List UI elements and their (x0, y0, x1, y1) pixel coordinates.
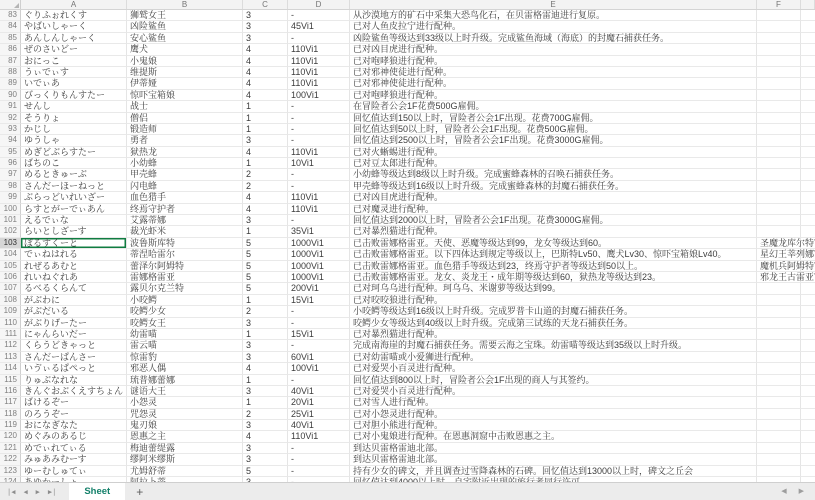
row-header[interactable]: 86 (0, 44, 21, 55)
cell-note[interactable] (757, 431, 801, 442)
cell-value[interactable]: - (288, 466, 350, 477)
row-header[interactable]: 114 (0, 363, 21, 374)
cell-description[interactable]: 小幼蜂等级达到8级以上时升级。完成蜜蜂森林的召唤石捕获任务。 (350, 169, 757, 180)
row-header[interactable]: 115 (0, 375, 21, 386)
cell-value[interactable]: - (288, 340, 350, 351)
cell-value[interactable]: 15Vi1 (288, 295, 350, 306)
cell-name-jp[interactable]: ぜのさいどー (21, 44, 127, 55)
cell-overflow-area[interactable] (801, 340, 815, 351)
cell-description[interactable]: 已击败雷娜格雷亚。龙女、炎龙王・成年期等级达到60，狱热龙等级达到23。 (350, 272, 757, 283)
cell-description[interactable]: 已对幼雷喵或小爱狮进行配种。 (350, 352, 757, 363)
cell-description[interactable]: 回忆值达到150以上时，冒险者公会1F出现。花费700G雇佣。 (350, 113, 757, 124)
cell-name-cn[interactable]: 缪阿米缪斯 (127, 454, 243, 465)
cell-description[interactable]: 已对咆哮狼进行配种。 (350, 90, 757, 101)
last-sheet-icon[interactable]: ▶| (48, 488, 56, 496)
row-header[interactable]: 99 (0, 192, 21, 203)
cell-overflow-area[interactable] (801, 386, 815, 397)
cell-note[interactable] (757, 466, 801, 477)
cell-rank[interactable]: 1 (243, 329, 288, 340)
cell-rank[interactable]: 4 (243, 204, 288, 215)
cell-value[interactable]: - (288, 10, 350, 21)
cell-value[interactable]: 35Vi1 (288, 226, 350, 237)
cell-description[interactable]: 已对凶目虎进行配种。 (350, 44, 757, 55)
cell-value[interactable]: 200Vi1 (288, 283, 350, 294)
row-header[interactable]: 94 (0, 135, 21, 146)
cell-overflow-area[interactable] (801, 78, 815, 89)
cell-name-cn[interactable]: 琉普娜蕾娜 (127, 375, 243, 386)
cell-description[interactable]: 已对咆哮狼进行配种。 (350, 56, 757, 67)
cell-name-cn[interactable]: 谜语大王 (127, 386, 243, 397)
row-header[interactable]: 107 (0, 283, 21, 294)
cell-description[interactable]: 咬鳄少女等级达到40级以上时升级。完成第三试练的天龙石捕获任务。 (350, 318, 757, 329)
cell-description[interactable]: 已对暴烈猫进行配种。 (350, 226, 757, 237)
cell-note[interactable]: 魔机兵阿姆特？ (757, 261, 801, 272)
cell-overflow-area[interactable] (801, 375, 815, 386)
cell-overflow-area[interactable] (801, 272, 815, 283)
cell-note[interactable] (757, 33, 801, 44)
cell-value[interactable]: 25Vi1 (288, 409, 350, 420)
cell-rank[interactable]: 3 (243, 318, 288, 329)
cell-description[interactable]: 已对暴烈猫进行配种。 (350, 329, 757, 340)
cell-overflow-area[interactable] (801, 147, 815, 158)
cell-name-cn[interactable]: 锻造师 (127, 124, 243, 135)
cell-name-jp[interactable]: いでぃあ (21, 78, 127, 89)
cell-rank[interactable]: 4 (243, 192, 288, 203)
cell-note[interactable]: 星幻王莘列娜？ (757, 249, 801, 260)
cell-overflow-area[interactable] (801, 397, 815, 408)
cell-name-jp[interactable]: ゆうしゃ (21, 135, 127, 146)
cell-description[interactable]: 已对豆太郎进行配种。 (350, 158, 757, 169)
cell-rank[interactable]: 4 (243, 147, 288, 158)
row-header[interactable]: 96 (0, 158, 21, 169)
row-header[interactable]: 123 (0, 466, 21, 477)
cell-name-jp[interactable]: らいとしざーす (21, 226, 127, 237)
cell-value[interactable]: - (288, 113, 350, 124)
cell-note[interactable] (757, 397, 801, 408)
cell-rank[interactable]: 3 (243, 340, 288, 351)
row-header[interactable]: 122 (0, 454, 21, 465)
cell-name-jp[interactable]: うぃでぃす (21, 67, 127, 78)
cell-description[interactable]: 持有少女的碑文，并且调查过雪降森林的石碑。回忆值达到13000以上时，碑文之丘会 (350, 466, 757, 477)
cell-description[interactable]: 回忆值达到2500以上时，冒险者公会1F出现。花费3000G雇佣。 (350, 135, 757, 146)
cell-value[interactable]: 110Vi1 (288, 44, 350, 55)
cell-description[interactable]: 已对小鬼娘进行配种。在恩惠洞窟中击败恩惠之主。 (350, 431, 757, 442)
cell-value[interactable]: 110Vi1 (288, 431, 350, 442)
cell-rank[interactable]: 3 (243, 33, 288, 44)
cell-rank[interactable]: 5 (243, 249, 288, 260)
cell-name-cn[interactable]: 蒂涅哈雷尔 (127, 249, 243, 260)
cell-description[interactable]: 从沙漠地方的矿石中采集大恐鸟化石，在贝雷格雷迪进行复原。 (350, 10, 757, 21)
row-header[interactable]: 97 (0, 169, 21, 180)
cell-name-jp[interactable]: みゅあみむーす (21, 454, 127, 465)
cell-rank[interactable]: 2 (243, 181, 288, 192)
cell-note[interactable] (757, 420, 801, 431)
cell-name-jp[interactable]: ばちのこ (21, 158, 127, 169)
row-header[interactable]: 109 (0, 306, 21, 317)
row-header[interactable]: 110 (0, 318, 21, 329)
cell-description[interactable]: 已对爱哭小百灵进行配种。 (350, 363, 757, 374)
cell-rank[interactable]: 3 (243, 443, 288, 454)
row-header[interactable]: 88 (0, 67, 21, 78)
cell-name-cn[interactable]: 咬鳄女王 (127, 318, 243, 329)
cell-note[interactable] (757, 352, 801, 363)
cell-description[interactable]: 回忆值达到800以上时，冒险者公会1F出现的商人与其签约。 (350, 375, 757, 386)
cell-name-cn[interactable]: 惊雷豹 (127, 352, 243, 363)
cell-name-jp[interactable]: がぶだいる (21, 306, 127, 317)
cell-description[interactable]: 已对魔灵进行配种。 (350, 204, 757, 215)
cell-note[interactable] (757, 10, 801, 21)
cell-value[interactable]: - (288, 318, 350, 329)
cell-value[interactable]: 10Vi1 (288, 158, 350, 169)
cell-description[interactable]: 已对珂乌乌进行配种。珂乌乌、米谢萝等级达到99。 (350, 283, 757, 294)
cell-overflow-area[interactable] (801, 295, 815, 306)
cell-rank[interactable]: 2 (243, 306, 288, 317)
cell-value[interactable]: - (288, 306, 350, 317)
cell-overflow-area[interactable] (801, 135, 815, 146)
cell-name-cn[interactable]: 咬鳄少女 (127, 306, 243, 317)
cell-rank[interactable]: 5 (243, 272, 288, 283)
cell-rank[interactable]: 5 (243, 466, 288, 477)
cell-note[interactable] (757, 386, 801, 397)
cell-name-jp[interactable]: えるでぃな (21, 215, 127, 226)
cell-value[interactable]: 1000Vi1 (288, 249, 350, 260)
row-header[interactable]: 103 (0, 238, 21, 249)
cell-name-cn[interactable]: 狱热龙 (127, 147, 243, 158)
cell-value[interactable]: 40Vi1 (288, 420, 350, 431)
cell-name-cn[interactable]: 露贝尔克兰特 (127, 283, 243, 294)
cell-name-jp[interactable]: ばけるぞー (21, 397, 127, 408)
row-header[interactable]: 111 (0, 329, 21, 340)
cell-name-jp[interactable]: びっくりもんすたー (21, 90, 127, 101)
cell-note[interactable]: 邪龙王古雷亚？ (757, 272, 801, 283)
cell-rank[interactable]: 5 (243, 238, 288, 249)
cell-rank[interactable]: 1 (243, 158, 288, 169)
row-header[interactable]: 121 (0, 443, 21, 454)
cell-description[interactable]: 小咬鳄等级达到16级以上时升级。完成罗普卡山道的封魔石捕获任务。 (350, 306, 757, 317)
cell-name-cn[interactable]: 狮鹫女王 (127, 10, 243, 21)
cell-value[interactable]: 15Vi1 (288, 329, 350, 340)
row-header[interactable]: 113 (0, 352, 21, 363)
row-header[interactable]: 120 (0, 431, 21, 442)
cell-description[interactable]: 已击败雷娜格雷亚。天使、恶魔等级达到99，龙女等级达到60。 (350, 238, 757, 249)
cell-rank[interactable]: 4 (243, 90, 288, 101)
cell-name-jp[interactable]: せんし (21, 101, 127, 112)
cell-name-cn[interactable]: 安心鲨鱼 (127, 33, 243, 44)
cell-name-jp[interactable]: そうりょ (21, 113, 127, 124)
cell-overflow-area[interactable] (801, 261, 815, 272)
cell-value[interactable]: 110Vi1 (288, 67, 350, 78)
cell-rank[interactable]: 4 (243, 78, 288, 89)
cell-description[interactable]: 回忆值达到50以上时，冒险者公会1F出现。花费500G雇佣。 (350, 124, 757, 135)
cell-description[interactable]: 已对小怨灵进行配种。 (350, 409, 757, 420)
cell-value[interactable]: 1000Vi1 (288, 238, 350, 249)
cell-name-cn[interactable]: 裁光虾米 (127, 226, 243, 237)
cell-name-cn[interactable]: 艾露蒂娜 (127, 215, 243, 226)
cell-name-jp[interactable]: かじし (21, 124, 127, 135)
cell-rank[interactable]: 1 (243, 295, 288, 306)
cell-overflow-area[interactable] (801, 158, 815, 169)
cell-name-cn[interactable]: 僧侣 (127, 113, 243, 124)
cell-rank[interactable]: 3 (243, 215, 288, 226)
cell-overflow-area[interactable] (801, 329, 815, 340)
cell-name-cn[interactable]: 勇者 (127, 135, 243, 146)
cell-note[interactable] (757, 124, 801, 135)
row-header[interactable]: 89 (0, 78, 21, 89)
cell-rank[interactable]: 4 (243, 67, 288, 78)
cell-name-cn[interactable]: 鹰犬 (127, 44, 243, 55)
cell-overflow-area[interactable] (801, 21, 815, 32)
cell-value[interactable]: - (288, 181, 350, 192)
cell-note[interactable]: 圣魔龙库尔特？ (757, 238, 801, 249)
cell-name-jp[interactable]: おになぎなた (21, 420, 127, 431)
cell-name-jp[interactable]: るべるくらんて (21, 283, 127, 294)
row-header[interactable]: 93 (0, 124, 21, 135)
row-header[interactable]: 100 (0, 204, 21, 215)
cell-overflow-area[interactable] (801, 44, 815, 55)
cell-description[interactable]: 已对人鱼皮拉宁进行配种。 (350, 21, 757, 32)
cell-value[interactable]: - (288, 215, 350, 226)
cell-name-cn[interactable]: 蕾泽尔阿姆特 (127, 261, 243, 272)
cell-rank[interactable]: 1 (243, 375, 288, 386)
cell-note[interactable] (757, 158, 801, 169)
cell-overflow-area[interactable] (801, 226, 815, 237)
cell-description[interactable]: 到达贝雷格雷迪北部。 (350, 454, 757, 465)
cell-rank[interactable]: 1 (243, 226, 288, 237)
row-header[interactable]: 102 (0, 226, 21, 237)
cell-name-cn[interactable]: 雷娜格雷亚 (127, 272, 243, 283)
cell-name-jp[interactable]: ぐりふぉれくす (21, 10, 127, 21)
cell-name-jp[interactable]: れいねぐれあ (21, 272, 127, 283)
cell-value[interactable]: 100Vi1 (288, 363, 350, 374)
next-sheet-icon[interactable]: ▶ (36, 488, 40, 496)
cell-name-cn[interactable]: 闪电蜂 (127, 181, 243, 192)
cell-description[interactable]: 凶险鲨鱼等级达到33级以上时升级。完成鲨鱼海域（海底）的封魔石捕获任务。 (350, 33, 757, 44)
cell-description[interactable]: 已对邪神使徒进行配种。 (350, 67, 757, 78)
cell-rank[interactable]: 1 (243, 101, 288, 112)
tab-sheet[interactable]: Sheet (69, 483, 125, 500)
cell-description[interactable]: 已对雪人进行配种。 (350, 397, 757, 408)
cell-overflow-area[interactable] (801, 466, 815, 477)
cell-overflow-area[interactable] (801, 249, 815, 260)
cell-name-jp[interactable]: のろうぞー (21, 409, 127, 420)
cell-note[interactable] (757, 21, 801, 32)
row-header[interactable]: 101 (0, 215, 21, 226)
cell-value[interactable]: 1000Vi1 (288, 261, 350, 272)
cell-rank[interactable]: 3 (243, 21, 288, 32)
cell-value[interactable]: - (288, 443, 350, 454)
cell-value[interactable]: 1000Vi1 (288, 272, 350, 283)
cell-note[interactable] (757, 192, 801, 203)
cell-name-jp[interactable]: らすとがーでぃあん (21, 204, 127, 215)
row-header[interactable]: 83 (0, 10, 21, 21)
row-header[interactable]: 95 (0, 147, 21, 158)
row-header[interactable]: 85 (0, 33, 21, 44)
column-header-partial[interactable] (801, 0, 815, 9)
cell-value[interactable]: 100Vi1 (288, 90, 350, 101)
cell-name-jp[interactable]: きんぐおぶくえすちょん (21, 386, 127, 397)
cell-rank[interactable]: 5 (243, 283, 288, 294)
cell-description[interactable]: 已对咬咬狼进行配种。 (350, 295, 757, 306)
cell-description[interactable]: 甲壳蜂等级达到16级以上时升级。完成蜜蜂森林的封魔石捕获任务。 (350, 181, 757, 192)
cell-note[interactable] (757, 409, 801, 420)
cell-value[interactable]: - (288, 101, 350, 112)
cell-overflow-area[interactable] (801, 283, 815, 294)
cell-name-cn[interactable]: 小幼蜂 (127, 158, 243, 169)
row-header[interactable]: 90 (0, 90, 21, 101)
cell-value[interactable]: 110Vi1 (288, 78, 350, 89)
cell-note[interactable] (757, 67, 801, 78)
cell-rank[interactable]: 4 (243, 363, 288, 374)
cell-value[interactable]: 60Vi1 (288, 352, 350, 363)
row-header[interactable]: 118 (0, 409, 21, 420)
cell-note[interactable] (757, 443, 801, 454)
cell-value[interactable]: - (288, 454, 350, 465)
cell-overflow-area[interactable] (801, 33, 815, 44)
cell-rank[interactable]: 5 (243, 261, 288, 272)
cell-overflow-area[interactable] (801, 56, 815, 67)
cell-name-cn[interactable]: 小咬鳄 (127, 295, 243, 306)
cell-note[interactable] (757, 204, 801, 215)
column-header-f[interactable]: F (757, 0, 801, 9)
cell-name-cn[interactable]: 甲壳蜂 (127, 169, 243, 180)
row-header[interactable]: 105 (0, 261, 21, 272)
row-header[interactable]: 108 (0, 295, 21, 306)
cell-rank[interactable]: 2 (243, 409, 288, 420)
cell-rank[interactable]: 3 (243, 420, 288, 431)
cell-description[interactable]: 已对邪神使徒进行配种。 (350, 78, 757, 89)
cell-name-jp[interactable]: おにっこ (21, 56, 127, 67)
cell-rank[interactable]: 3 (243, 10, 288, 21)
cell-description[interactable]: 已对凶目虎进行配种。 (350, 192, 757, 203)
cell-name-cn[interactable]: 血色猎手 (127, 192, 243, 203)
cell-overflow-area[interactable] (801, 67, 815, 78)
cell-name-jp[interactable]: ぽるすくーと (21, 238, 127, 249)
cell-value[interactable]: - (288, 124, 350, 135)
row-header[interactable]: 106 (0, 272, 21, 283)
row-header[interactable]: 117 (0, 397, 21, 408)
cell-overflow-area[interactable] (801, 454, 815, 465)
cell-overflow-area[interactable] (801, 363, 815, 374)
cell-name-cn[interactable]: 邪恶人偶 (127, 363, 243, 374)
cell-rank[interactable]: 4 (243, 56, 288, 67)
cell-name-jp[interactable]: れぜるあむと (21, 261, 127, 272)
cell-name-jp[interactable]: めぎどぶらすたー (21, 147, 127, 158)
cell-rank[interactable]: 4 (243, 44, 288, 55)
cell-description[interactable]: 完成南海崖的封魔石捕获任务。需要云海之宝珠。幼雷喵等级达到35级以上时升级。 (350, 340, 757, 351)
cell-overflow-area[interactable] (801, 352, 815, 363)
cell-description[interactable]: 在冒险者公会1F花费500G雇佣。 (350, 101, 757, 112)
row-header[interactable]: 98 (0, 181, 21, 192)
cell-overflow-area[interactable] (801, 113, 815, 124)
cell-overflow-area[interactable] (801, 101, 815, 112)
cell-overflow-area[interactable] (801, 181, 815, 192)
cell-description[interactable]: 到达贝雷格雷迪北部。 (350, 443, 757, 454)
cell-overflow-area[interactable] (801, 10, 815, 21)
row-header[interactable]: 104 (0, 249, 21, 260)
prev-sheet-icon[interactable]: ◀ (23, 488, 27, 496)
row-header[interactable]: 84 (0, 21, 21, 32)
cell-note[interactable] (757, 215, 801, 226)
column-header-d[interactable]: D (288, 0, 350, 9)
cell-overflow-area[interactable] (801, 169, 815, 180)
cell-note[interactable] (757, 295, 801, 306)
cell-name-cn[interactable]: 凶险鲨鱼 (127, 21, 243, 32)
cell-note[interactable] (757, 283, 801, 294)
cell-value[interactable]: 110Vi1 (288, 204, 350, 215)
cell-note[interactable] (757, 135, 801, 146)
cell-description[interactable]: 已对爱哭小百灵进行配种。 (350, 386, 757, 397)
cell-name-jp[interactable]: でぃねはれる (21, 249, 127, 260)
cell-name-cn[interactable]: 幼雷喵 (127, 329, 243, 340)
cell-overflow-area[interactable] (801, 124, 815, 135)
cell-note[interactable] (757, 181, 801, 192)
cell-name-jp[interactable]: めでぃれてぃる (21, 443, 127, 454)
cell-overflow-area[interactable] (801, 192, 815, 203)
row-header[interactable]: 116 (0, 386, 21, 397)
cell-name-jp[interactable]: にゃんらいだー (21, 329, 127, 340)
cell-name-jp[interactable]: いゔぃるぱぺっと (21, 363, 127, 374)
cell-value[interactable]: 45Vi1 (288, 21, 350, 32)
cell-name-cn[interactable]: 波鲁斯库特 (127, 238, 243, 249)
cell-name-cn[interactable]: 小怨灵 (127, 397, 243, 408)
cell-rank[interactable]: 2 (243, 169, 288, 180)
cell-description[interactable]: 已对火蜥蜴进行配种。 (350, 147, 757, 158)
cell-name-cn[interactable]: 战士 (127, 101, 243, 112)
cell-name-jp[interactable]: あんしんしゃーく (21, 33, 127, 44)
cell-note[interactable] (757, 78, 801, 89)
cell-name-jp[interactable]: めるときゅーぶ (21, 169, 127, 180)
column-header-a[interactable]: A (21, 0, 127, 9)
cell-name-jp[interactable]: やばいしゃーく (21, 21, 127, 32)
column-header-b[interactable]: B (127, 0, 243, 9)
hscroll-arrows-icon[interactable]: ◀ ▶ (781, 487, 809, 495)
cell-name-jp[interactable]: さんだーぱんさー (21, 352, 127, 363)
column-header-c[interactable]: C (243, 0, 288, 9)
cell-name-jp[interactable]: さんだーほーねっと (21, 181, 127, 192)
cell-note[interactable] (757, 169, 801, 180)
row-header[interactable]: 91 (0, 101, 21, 112)
cell-overflow-area[interactable] (801, 443, 815, 454)
first-sheet-icon[interactable]: |◀ (7, 488, 15, 496)
cell-name-cn[interactable]: 维提斯 (127, 67, 243, 78)
row-header[interactable]: 112 (0, 340, 21, 351)
cell-overflow-area[interactable] (801, 431, 815, 442)
cell-overflow-area[interactable] (801, 420, 815, 431)
cell-value[interactable]: - (288, 33, 350, 44)
cell-description[interactable]: 已击败雷娜格雷亚。以下四体达到规定等级以上，巴斯特Lv50、鹰犬Lv30、惊吓宝… (350, 249, 757, 260)
cell-name-jp[interactable]: くらうどきゃっと (21, 340, 127, 351)
cell-rank[interactable]: 3 (243, 386, 288, 397)
cell-note[interactable] (757, 329, 801, 340)
cell-name-cn[interactable]: 伊蒂娅 (127, 78, 243, 89)
cell-value[interactable]: 110Vi1 (288, 147, 350, 158)
cell-note[interactable] (757, 147, 801, 158)
cell-note[interactable] (757, 340, 801, 351)
cell-note[interactable] (757, 306, 801, 317)
cell-name-cn[interactable]: 终焉守护者 (127, 204, 243, 215)
cell-overflow-area[interactable] (801, 409, 815, 420)
cell-rank[interactable]: 4 (243, 431, 288, 442)
cell-note[interactable] (757, 318, 801, 329)
cell-note[interactable] (757, 44, 801, 55)
cell-note[interactable] (757, 226, 801, 237)
cell-name-cn[interactable]: 雷云喵 (127, 340, 243, 351)
cell-name-cn[interactable]: 小鬼娘 (127, 56, 243, 67)
cell-name-jp[interactable]: めぐみのあるじ (21, 431, 127, 442)
cell-note[interactable] (757, 454, 801, 465)
cell-note[interactable] (757, 113, 801, 124)
cell-name-cn[interactable]: 鬼刃娘 (127, 420, 243, 431)
